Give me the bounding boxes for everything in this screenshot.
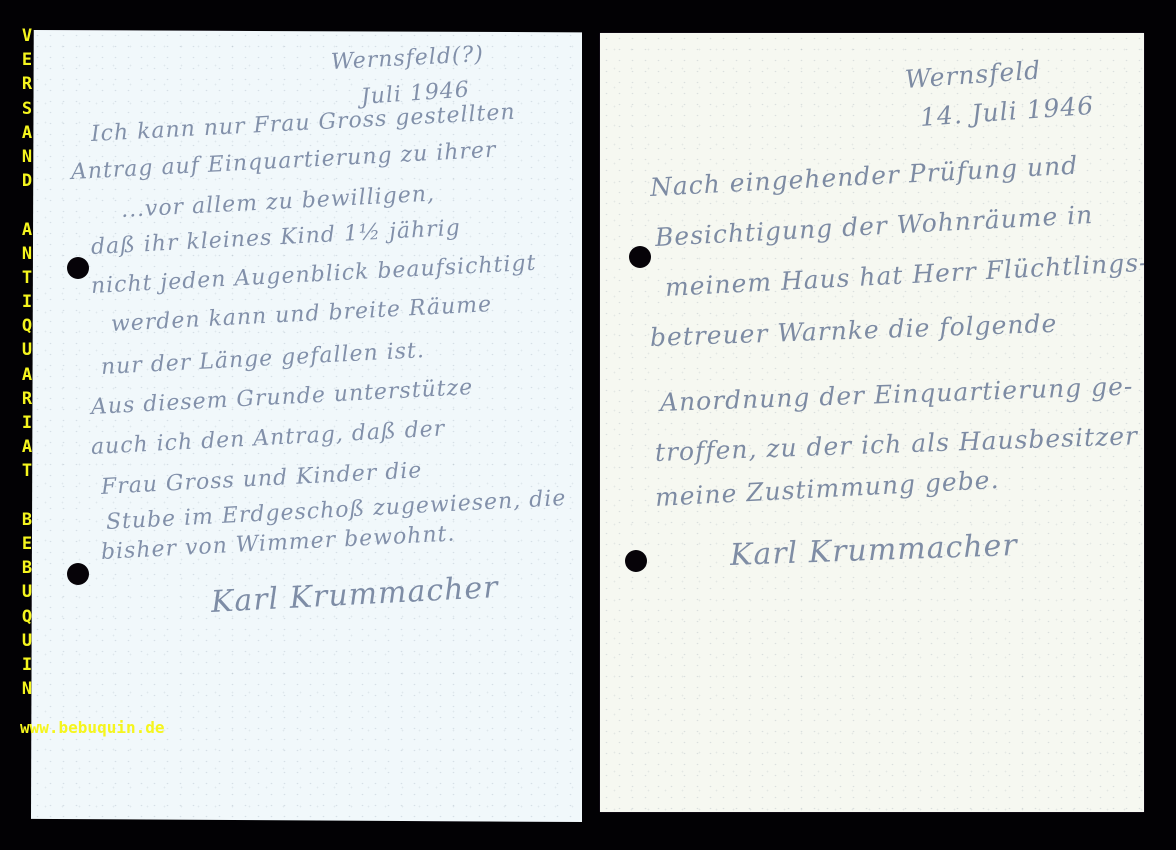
left-letter-signature: Karl Krummacher xyxy=(210,570,499,620)
watermark-letter: E xyxy=(18,48,36,72)
watermark-letter: R xyxy=(18,72,36,96)
right-letter-page: Wernsfeld 14. Juli 1946 Nach eingehender… xyxy=(600,33,1144,812)
left-letter-line: Frau Gross und Kinder die xyxy=(100,458,423,500)
left-letter-line: Aus diesem Grunde unterstütze xyxy=(90,375,473,420)
punch-hole-icon xyxy=(625,550,647,572)
left-letter-line: werden kann und breite Räume xyxy=(110,292,492,337)
right-letter-date: 14. Juli 1946 xyxy=(919,91,1095,132)
right-letter-place: Wernsfeld xyxy=(904,56,1042,94)
punch-hole-icon xyxy=(629,246,651,268)
right-letter-line: Besichtigung der Wohnräume in xyxy=(654,200,1094,252)
right-letter-line: meine Zustimmung gebe. xyxy=(654,465,1000,512)
paper-texture xyxy=(600,33,1144,812)
left-letter-line: nicht jeden Augenblick beaufsichtigt xyxy=(90,251,537,299)
watermark-letter: V xyxy=(18,24,36,48)
right-letter-line: troffen, zu der ich als Hausbesitzer xyxy=(654,421,1138,467)
right-letter-line: Nach eingehender Prüfung und xyxy=(649,151,1079,202)
left-letter-line: daß ihr kleines Kind 1½ jährig xyxy=(90,216,461,260)
left-letter-place: Wernsfeld(?) xyxy=(330,42,484,75)
left-letter-line: nur der Länge gefallen ist. xyxy=(100,338,425,380)
right-letter-line: meinem Haus hat Herr Flüchtlings- xyxy=(664,248,1144,302)
right-letter-line: betreuer Warnke die folgende xyxy=(649,309,1057,352)
watermark-url: www.bebuquin.de xyxy=(20,718,165,737)
left-letter-line: auch ich den Antrag, daß der xyxy=(90,416,445,460)
left-letter-line: Antrag auf Einquartierung zu ihrer xyxy=(70,138,497,185)
watermark-letter: A xyxy=(18,121,36,145)
right-letter-line: Anordnung der Einquartierung ge- xyxy=(659,371,1133,417)
left-letter-page: Wernsfeld(?) Juli 1946 Ich kann nur Frau… xyxy=(31,30,582,822)
punch-hole-icon xyxy=(67,563,89,585)
watermark-letter: S xyxy=(18,97,36,121)
left-letter-line: ...vor allem zu bewilligen, xyxy=(120,182,435,223)
right-letter-signature: Karl Krummacher xyxy=(729,528,1018,573)
punch-hole-icon xyxy=(67,257,89,279)
